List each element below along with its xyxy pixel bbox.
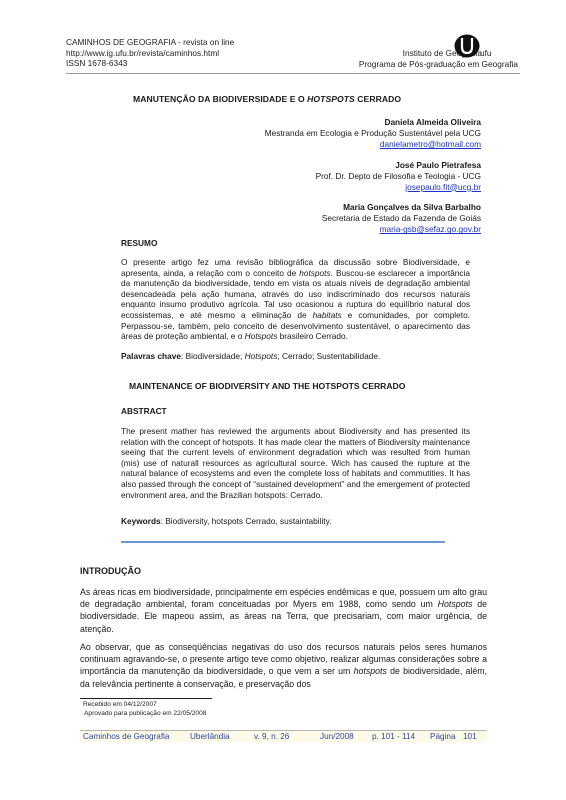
author-name: José Paulo Pietrafesa bbox=[265, 160, 481, 171]
author-block: José Paulo Pietrafesa Prof. Dr. Depto de… bbox=[265, 160, 481, 193]
author-email-link[interactable]: danielametro@hotmail.com bbox=[380, 139, 481, 149]
logo-text: ufu bbox=[480, 48, 492, 58]
intro-heading: INTRODUÇÃO bbox=[80, 566, 141, 576]
abstract-text: The present mather has reviewed the argu… bbox=[121, 426, 470, 500]
institution-header: Instituto de Geografia Programa de Pós-g… bbox=[359, 48, 518, 69]
ufu-logo-icon bbox=[454, 34, 480, 58]
author-affiliation: Mestranda em Ecologia e Produção Sustent… bbox=[265, 128, 481, 139]
received-date: Recebido em 04/12/2007 bbox=[83, 701, 206, 710]
author-list: Daniela Almeida Oliveira Mestranda em Ec… bbox=[265, 117, 481, 245]
footnote: Recebido em 04/12/2007 Aprovado para pub… bbox=[83, 701, 206, 718]
journal-url: http://www.ig.ufu.br/revista/caminhos.ht… bbox=[66, 48, 234, 59]
keywords-en: Keywords: Biodiversity, hotspots Cerrado… bbox=[121, 516, 331, 526]
resumo-text: O presente artigo fez uma revisão biblio… bbox=[121, 257, 470, 342]
footer-journal: Caminhos de Geografia bbox=[83, 732, 169, 741]
author-email-link[interactable]: josepaulo.fit@ucg.br bbox=[405, 182, 481, 192]
footnote-divider bbox=[80, 698, 212, 699]
program-name: Programa de Pós-graduação em Geografia bbox=[359, 59, 518, 70]
abstract-heading: ABSTRACT bbox=[121, 406, 167, 416]
footer-page-label: Página bbox=[430, 732, 456, 741]
author-block: Daniela Almeida Oliveira Mestranda em Ec… bbox=[265, 117, 481, 150]
footer-city: Uberlândia bbox=[190, 732, 230, 741]
resumo-heading: RESUMO bbox=[121, 238, 157, 248]
author-affiliation: Secretaria de Estado da Fazenda de Goiás bbox=[265, 213, 481, 224]
approved-date: Aprovado para publicação em 22/05/2008 bbox=[84, 710, 206, 719]
journal-name: CAMINHOS DE GEOGRAFIA - revista on line bbox=[66, 37, 234, 48]
journal-header: CAMINHOS DE GEOGRAFIA - revista on line … bbox=[66, 37, 234, 69]
article-title: MANUTENÇÃO DA BIODIVERSIDADE E O HOTSPOT… bbox=[133, 94, 401, 104]
article-title-en: MAINTENANCE OF BIODIVERSITY AND THE HOTS… bbox=[129, 381, 405, 391]
header-divider bbox=[66, 73, 520, 74]
footer-page-number: 101 bbox=[463, 732, 477, 741]
author-name: Daniela Almeida Oliveira bbox=[265, 117, 481, 128]
footer-pages: p. 101 - 114 bbox=[372, 732, 415, 741]
intro-paragraph-1: As áreas ricas em biodiversidade, princi… bbox=[80, 586, 487, 635]
author-block: Maria Gonçalves da Silva Barbalho Secret… bbox=[265, 202, 481, 235]
intro-paragraph-2: Ao observar, que as conseqüências negati… bbox=[80, 641, 487, 690]
author-affiliation: Prof. Dr. Depto de Filosofia e Teologia … bbox=[265, 171, 481, 182]
page-footer: Caminhos de Geografia Uberlândia v. 9, n… bbox=[80, 731, 487, 742]
journal-issn: ISSN 1678-6343 bbox=[66, 58, 234, 69]
section-divider bbox=[121, 541, 445, 543]
footer-date: Jun/2008 bbox=[320, 732, 354, 741]
author-email-link[interactable]: maria-gsb@sefaz.go.gov.br bbox=[380, 224, 481, 234]
keywords-pt: Palavras chave: Biodiversidade; Hotspots… bbox=[121, 351, 380, 361]
author-name: Maria Gonçalves da Silva Barbalho bbox=[265, 202, 481, 213]
footer-volume: v. 9, n. 26 bbox=[254, 732, 289, 741]
